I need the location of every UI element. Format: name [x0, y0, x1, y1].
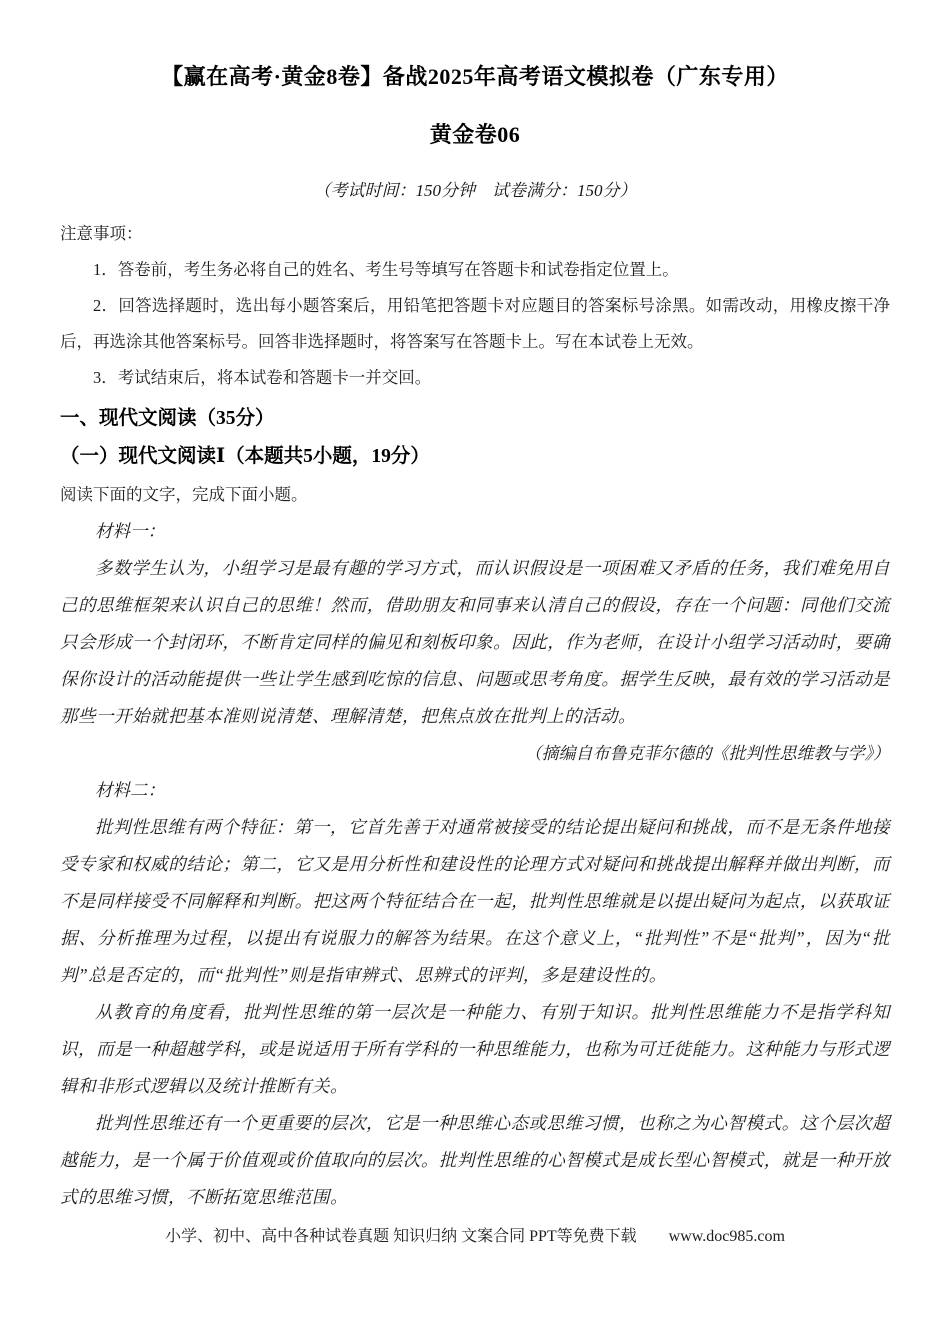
footer-site-url: www.doc985.com [669, 1224, 785, 1250]
section-heading: 一、现代文阅读（35分） [60, 400, 890, 438]
material-one-paragraph: 多数学生认为，小组学习是最有趣的学习方式，而认识假设是一项困难又矛盾的任务，我们… [60, 550, 890, 735]
notice-item-2: 2．回答选择题时，选出每小题答案后，用铅笔把答题卡对应题目的答案标号涂黑。如需改… [60, 288, 890, 360]
material-two-paragraph-2: 从教育的角度看，批判性思维的第一层次是一种能力、有别于知识。批判性思维能力不是指… [60, 994, 890, 1105]
material-two-label: 材料二： [60, 772, 890, 809]
notice-item-1: 1．答卷前，考生务必将自己的姓名、考生号等填写在答题卡和试卷指定位置上。 [60, 252, 890, 288]
exam-info-line: （考试时间：150分钟 试卷满分：150分） [60, 178, 890, 204]
page-title: 【赢在高考·黄金8卷】备战2025年高考语文模拟卷（广东专用） [60, 62, 890, 92]
subsection-heading: （一）现代文阅读Ⅰ（本题共5小题，19分） [60, 438, 890, 476]
reading-instruction: 阅读下面的文字，完成下面小题。 [60, 476, 890, 513]
notice-item-3: 3．考试结束后，将本试卷和答题卡一并交回。 [60, 360, 890, 396]
page-footer: 小学、初中、高中各种试卷真题 知识归纳 文案合同 PPT等免费下载www.doc… [60, 1224, 890, 1250]
footer-text: 小学、初中、高中各种试卷真题 知识归纳 文案合同 PPT等免费下载 [165, 1228, 637, 1245]
material-one-block: 材料一： 多数学生认为，小组学习是最有趣的学习方式，而认识假设是一项困难又矛盾的… [60, 513, 890, 772]
exam-paper-page: 【赢在高考·黄金8卷】备战2025年高考语文模拟卷（广东专用） 黄金卷06 （考… [0, 0, 950, 1250]
notices-block: 注意事项： 1．答卷前，考生务必将自己的姓名、考生号等填写在答题卡和试卷指定位置… [60, 216, 890, 396]
material-two-paragraph-3: 批判性思维还有一个更重要的层次，它是一种思维心态或思维习惯，也称之为心智模式。这… [60, 1105, 890, 1216]
notices-heading: 注意事项： [60, 216, 890, 252]
material-one-source: （摘编自布鲁克菲尔德的《批判性思维教与学》） [60, 735, 890, 772]
volume-title: 黄金卷06 [60, 120, 890, 150]
material-two-block: 材料二： 批判性思维有两个特征：第一，它首先善于对通常被接受的结论提出疑问和挑战… [60, 772, 890, 1216]
material-two-paragraph-1: 批判性思维有两个特征：第一，它首先善于对通常被接受的结论提出疑问和挑战，而不是无… [60, 809, 890, 994]
material-one-label: 材料一： [60, 513, 890, 550]
